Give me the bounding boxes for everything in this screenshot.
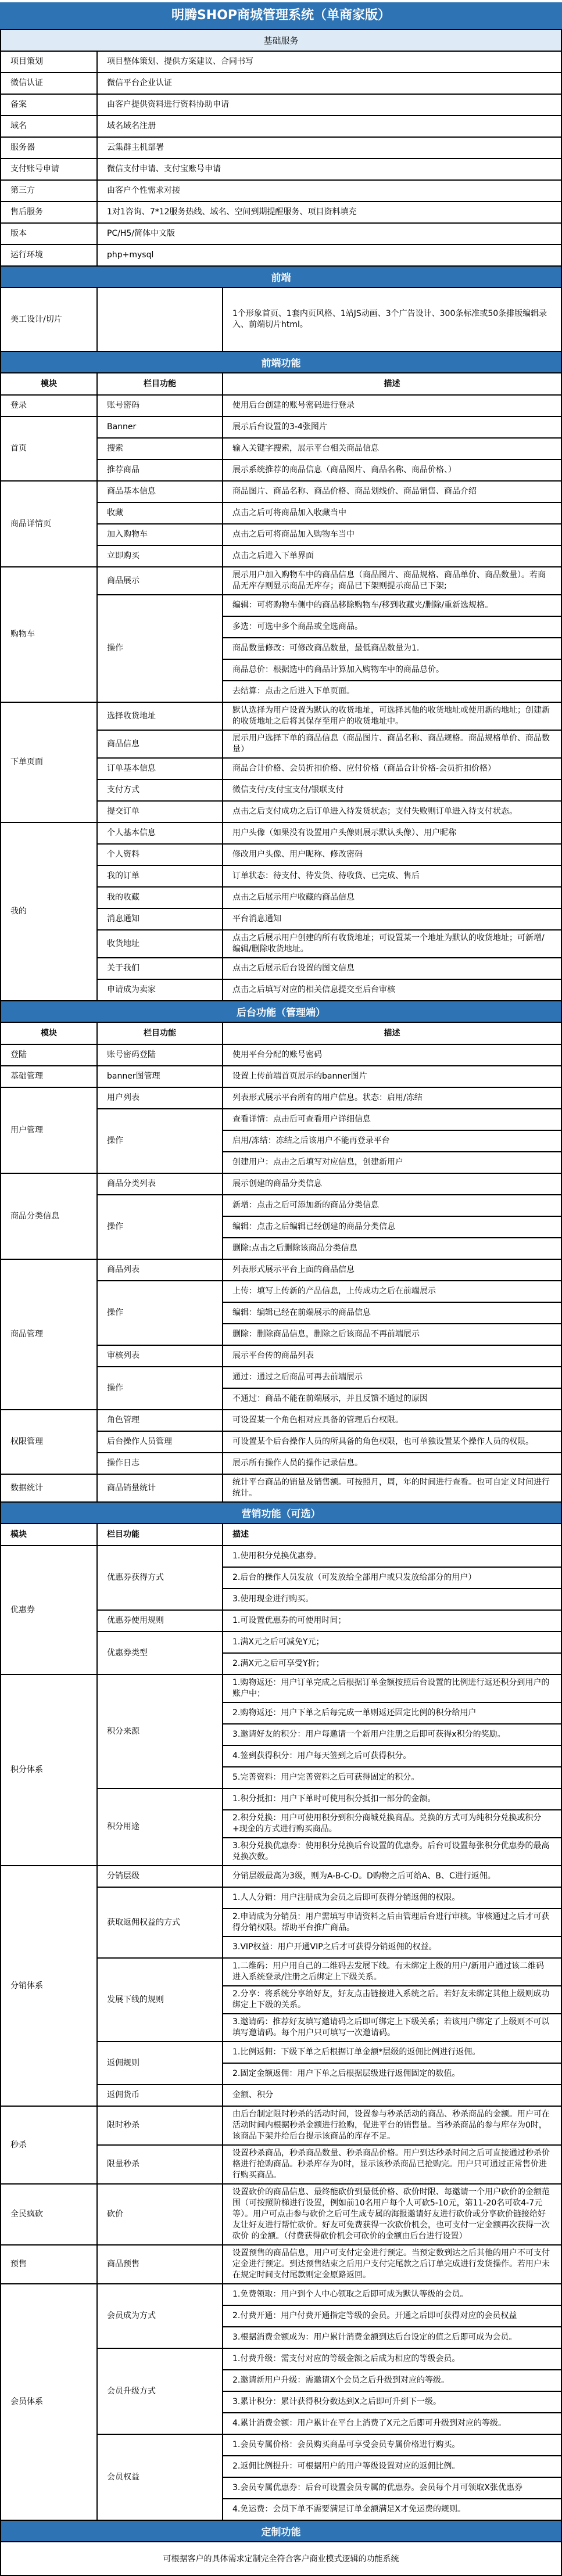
feature-cell: 订单基本信息 [97,758,223,779]
desc-cell: 1.比例返佣：下级下单之后根据订单金额*层级的返佣比例进行返佣。 [223,2042,561,2063]
backend-features-table: 模块栏目功能描述登陆账号密码登陆使用平台分配的账号密码基础管理banner图管理… [0,1022,562,1503]
desc-cell: 点击之后填写对应的相关信息提交至后台审核 [223,979,561,1001]
desc-cell: 1.二维码：用户用自己的二维码去发展下线。有未绑定上级的用户/新用户通过该二维码… [223,1958,561,1986]
desc-cell: 2.付费开通：用户付费开通指定等级的会员。开通之后即可获得对应的会员权益 [223,2305,561,2327]
table-row: 下单页面选择收货地址默认选择为用户设置为默认的收货地址，可选择其他的收货地址或使… [1,702,561,730]
feature-cell: 限时秒杀 [97,2106,223,2145]
desc-cell: 多选：可选中多个商品或全选商品。 [223,616,561,638]
table-row: 会员体系会员成为方式1.免费领取：用户到个人中心领取之后即可成为默认等级的会员。 [1,2284,561,2305]
desc-cell: 编辑：点击之后编辑已经创建的商品分类信息 [223,1216,561,1238]
module-cell: 全民疯砍 [1,2184,97,2245]
desc-cell: 输入关键字搜索，展示平台相关商品信息 [223,438,561,459]
desc-cell: 列表形式展示平台上面的商品信息 [223,1259,561,1281]
feature-cell: 分销层级 [97,1866,223,1887]
desc-cell: 3.使用现金进行购买。 [223,1589,561,1610]
table-row: 基础管理banner图管理设置上传前端首页展示的banner图片 [1,1066,561,1087]
desc-cell: 不通过：商品不能在前端展示，并且反馈不通过的原因 [223,1388,561,1410]
desc-cell: 设置预售的商品信息，用户可支付定金进行预定。当预定数到达之后其他的用户不可支付定… [223,2245,561,2284]
feature-cell: 商品分类列表 [97,1173,223,1195]
feature-cell: 申请成为卖家 [97,979,223,1001]
feature-cell: 个人基本信息 [97,822,223,844]
feature-cell: 优惠券使用规则 [97,1610,223,1632]
basic-value-cell: 1对1咨询、7*12服务热线、域名、空间到期提醒服务、项目资料填充 [97,202,561,223]
desc-cell: 启用/冻结：冻结之后该用户不能再登录平台 [223,1130,561,1152]
module-cell: 购物车 [1,567,97,702]
desc-cell: 去结算：点击之后进入下单页面。 [223,681,561,702]
table-row: 全民疯砍砍价设置砍价的商品信息、最终能砍价到最低价格、砍价时限、每邀请一个用户砍… [1,2184,561,2245]
module-cell: 会员体系 [1,2284,97,2520]
desc-cell: 列表形式展示平台所有的用户信息。状态：启用/冻结 [223,1087,561,1109]
module-cell: 基础管理 [1,1066,97,1087]
banner-custom-features: 定制功能 [0,2520,562,2542]
module-cell: 首页 [1,416,97,481]
desc-cell: 平台消息通知 [223,908,561,930]
basic-value-cell: 由客户提供资料进行资料协助申请 [97,94,561,116]
table-row: 微信认证微信平台企业认证 [1,73,561,94]
basic-label-cell: 支付账号申请 [1,159,97,180]
desc-cell: 展示所有操作人员的操作记录信息。 [223,1453,561,1474]
desc-cell: 2.满X元之后可享受Y折； [223,1653,561,1675]
section-basic-services: 基础服务 [0,29,562,52]
header-cell: 栏目功能 [97,1524,223,1546]
basic-services-table: 项目策划项目整体策划、提供方案建议、合同书写微信认证微信平台企业认证备案由客户提… [0,51,562,267]
table-row: 优惠券优惠券获得方式1.使用积分兑换优惠券。 [1,1546,561,1567]
table-header-row: 模块栏目功能描述 [1,373,561,395]
desc-cell: 商品总价：根据选中的商品计算加入购物车中的商品总价。 [223,659,561,681]
feature-cell: 我的收藏 [97,887,223,908]
header-cell: 描述 [223,1524,561,1546]
desc-cell: 3.VIP权益：用户开通VIP之后才可获得分销返佣的权益。 [223,1937,561,1958]
desc-cell: 通过：通过之后商品可再去前端展示 [223,1367,561,1388]
desc-cell: 统计平台商品的销量及销售额。可按照月，周，年的时间进行查看。也可自定义时间进行统… [223,1474,561,1502]
desc-cell: 3.邀请码：推荐好友填写邀请码之后即可绑定上下级关系；若该用户绑定了上级则不可以… [223,2014,561,2042]
module-cell: 美工设计/切片 [1,288,97,351]
desc-cell: 1.免费领取：用户到个人中心领取之后即可成为默认等级的会员。 [223,2284,561,2305]
feature-cell: 操作 [97,595,223,702]
desc-cell: 点击之后进入下单界面 [223,545,561,567]
module-cell: 分销体系 [1,1866,97,2106]
desc-cell: 查看详情：点击后可查看用户详细信息 [223,1109,561,1130]
feature-cell: 后台操作人员管理 [97,1431,223,1453]
desc-cell: 2.固定金额返佣：用户下单之后根据层级进行返佣固定的数值。 [223,2063,561,2085]
module-cell: 商品分类信息 [1,1173,97,1259]
desc-cell: 金额、积分 [223,2085,561,2106]
table-row: 登陆账号密码登陆使用平台分配的账号密码 [1,1044,561,1066]
table-row: 秒杀限时秒杀由后台制定限时秒杀的活动时间，设置参与秒杀活动的商品、秒杀商品的金额… [1,2106,561,2145]
table-row: 备案由客户提供资料进行资料协助申请 [1,94,561,116]
desc-cell: 上传：填写上传新的产品信息，上传成功之后在前端展示 [223,1281,561,1302]
banner-marketing-features: 营销功能（可选） [0,1501,562,1524]
banner-frontend-features: 前端功能 [0,351,562,373]
desc-cell: 展示用户加入购物车中的商品信息（商品图片、商品规格、商品单价、商品数量）。若商品… [223,567,561,595]
desc-cell: 点击之后支付成功之后订单进入待发货状态；支付失败则订单进入待支付状态。 [223,801,561,822]
feature-cell: 操作 [97,1195,223,1259]
desc-cell: 展示后台设置的3-4张图片 [223,416,561,438]
desc-cell: 设置砍价的商品信息、最终能砍价到最低价格、砍价时限、每邀请一个用户砍价的金额范围… [223,2184,561,2245]
desc-cell: 使用平台分配的账号密码 [223,1044,561,1066]
desc-cell: 微信支付/支付宝支付/银联支付 [223,779,561,801]
table-row: 商品详情页商品基本信息商品图片、商品名称、商品价格、商品划线价、商品销售、商品介… [1,481,561,502]
feature-cell: 优惠券获得方式 [97,1546,223,1610]
custom-features-note: 可根据客户的具体需求定制完全符合客户商业模式逻辑的功能系统 [0,2541,562,2576]
desc-cell: 新增：点击之后可添加新的商品分类信息 [223,1195,561,1216]
desc-cell: 2.分享：将系统分享给好友，好友点击链接进入系统之后。若好友未绑定其他上级则成功… [223,1986,561,2014]
desc-cell: 4.签到获得积分：用户每天签到之后可获得积分。 [223,1745,561,1767]
feature-cell: 商品列表 [97,1259,223,1281]
feature-cell: 操作 [97,1109,223,1173]
feature-cell: Banner [97,416,223,438]
desc-cell: 分销层级最高为3级，则为A-B-C-D。D购物之后可给A、B、C进行返佣。 [223,1866,561,1887]
desc-cell: 编辑：可将购物车侧中的商品移除购物车/移到收藏夹/删除/重新选规格。 [223,595,561,616]
feature-cell: 会员权益 [97,2434,223,2520]
basic-label-cell: 版本 [1,223,97,245]
basic-value-cell: PC/H5/简体中文版 [97,223,561,245]
module-cell: 积分体系 [1,1675,97,1866]
feature-cell: 搜索 [97,438,223,459]
marketing-features-table: 模块栏目功能描述优惠券优惠券获得方式1.使用积分兑换优惠券。2.后台的操作人员发… [0,1523,562,2521]
desc-cell: 展示创建的商品分类信息 [223,1173,561,1195]
table-row: 美工设计/切片1个形象首页、1套内页风格、1站JS动画、3个广告设计、300条标… [1,288,561,351]
feature-cell: 砍价 [97,2184,223,2245]
desc-cell: 3.根据消费金额成为：用户累计消费金额到达后台设定的值之后即可成为会员。 [223,2327,561,2348]
module-cell: 下单页面 [1,702,97,822]
desc-cell: 点击之后可将商品加入收藏当中 [223,502,561,524]
table-header-row: 模块栏目功能描述 [1,1022,561,1044]
feature-cell: 收藏 [97,502,223,524]
desc-cell: 商品合计价格、会员折扣价格、应付价格（商品合计价格-会员折扣价格） [223,758,561,779]
table-row: 售后服务1对1咨询、7*12服务热线、域名、空间到期提醒服务、项目资料填充 [1,202,561,223]
desc-cell: 设置上传前端首页展示的banner图片 [223,1066,561,1087]
table-row: 用户管理用户列表列表形式展示平台所有的用户信息。状态：启用/冻结 [1,1087,561,1109]
module-cell: 我的 [1,822,97,1001]
desc-cell: 1.可设置优惠券的可使用时间； [223,1610,561,1632]
header-cell: 栏目功能 [97,1022,223,1044]
table-row: 分销体系分销层级分销层级最高为3级，则为A-B-C-D。D购物之后可给A、B、C… [1,1866,561,1887]
desc-cell: 展示系统推荐的商品信息（商品图片、商品名称、商品价格、） [223,459,561,481]
feature-cell: 账号密码 [97,395,223,416]
desc-cell: 3.积分兑换优惠券：使用积分兑换后台设置的优惠券。后台可设置每张积分优惠券的最高… [223,1838,561,1866]
desc-cell: 1.使用积分兑换优惠券。 [223,1546,561,1567]
feature-cell: 个人资料 [97,844,223,865]
basic-value-cell: 域名域名注册 [97,116,561,137]
module-cell: 登陆 [1,1044,97,1066]
module-cell: 预售 [1,2245,97,2284]
table-row: 版本PC/H5/简体中文版 [1,223,561,245]
basic-label-cell: 第三方 [1,180,97,202]
desc-cell: 3.累计积分：累计获得积分数达到X之后即可升到下一级。 [223,2391,561,2413]
desc-cell: 展示用户选择下单的商品信息（商品图片、商品名称、商品规格。商品规格单价、商品数量… [223,730,561,758]
module-cell: 用户管理 [1,1087,97,1173]
table-row: 登录账号密码使用后台创建的账号密码进行登录 [1,395,561,416]
feature-cell: 关于我们 [97,958,223,979]
feature-cell: 操作 [97,1281,223,1345]
feature-cell: 用户列表 [97,1087,223,1109]
header-cell: 模块 [1,1524,97,1546]
module-cell: 数据统计 [1,1474,97,1502]
desc-cell: 3.邀请好友的积分：用户每邀请一个新用户注册之后即可获得x积分的奖励。 [223,1724,561,1745]
module-cell: 商品详情页 [1,481,97,567]
desc-cell: 默认选择为用户设置为默认的收货地址，可选择其他的收货地址或使用新的地址；创建新的… [223,702,561,730]
desc-cell: 1.积分抵扣：用户下单时可使用积分抵扣一部分的金额。 [223,1788,561,1810]
basic-label-cell: 售后服务 [1,202,97,223]
table-row: 项目策划项目整体策划、提供方案建议、合同书写 [1,51,561,73]
desc-cell: 点击之后展示用户收藏的商品信息 [223,887,561,908]
feature-cell: 优惠券类型 [97,1632,223,1675]
desc-cell: 2.申请成为分销员：用户需填写申请资料之后由管理后台进行审核。审核通过之后才可获… [223,1909,561,1937]
feature-cell: 推荐商品 [97,459,223,481]
desc-cell: 1.会员专属价格：会员购买商品可享受会员专属价格进行购买。 [223,2434,561,2456]
feature-cell: 消息通知 [97,908,223,930]
desc-cell: 5.完善资料：用户完善资料之后可获得固定的积分。 [223,1767,561,1788]
module-cell: 优惠券 [1,1546,97,1675]
feature-cell: 加入购物车 [97,524,223,545]
feature-cell: 获取返佣权益的方式 [97,1887,223,1958]
table-row: 首页Banner展示后台设置的3-4张图片 [1,416,561,438]
desc-cell: 4.免运费：会员下单不需要满足订单金额满足X才免运费的规则。 [223,2499,561,2520]
desc-cell: 编辑：编辑已经在前端展示的商品信息 [223,1302,561,1324]
feature-cell: 商品展示 [97,567,223,595]
desc-cell: 3.会员专属优惠券：后台可设置会员专属的优惠券。会员每个月可领取X张优惠券 [223,2477,561,2499]
basic-label-cell: 备案 [1,94,97,116]
basic-value-cell: 云集群主机部署 [97,137,561,159]
feature-cell: 积分用途 [97,1788,223,1866]
desc-cell: 删除:点击之后删除该商品分类信息 [223,1238,561,1259]
basic-value-cell: 由客户个性需求对接 [97,180,561,202]
feature-cell: banner图管理 [97,1066,223,1087]
feature-cell: 发展下线的规则 [97,1958,223,2042]
basic-value-cell: 项目整体策划、提供方案建议、合同书写 [97,51,561,73]
basic-label-cell: 微信认证 [1,73,97,94]
table-row: 预售商品预售设置预售的商品信息，用户可支付定金进行预定。当预定数到达之后其他的用… [1,2245,561,2284]
desc-cell: 删除：删除商品信息，删除之后该商品不再前端展示 [223,1324,561,1345]
table-row: 支付账号申请微信支付申请、支付宝账号申请 [1,159,561,180]
desc-cell: 1.满X元之后可减免Y元； [223,1632,561,1653]
desc-cell: 1.购物返还：用户订单完成之后根据订单金额按照后台设置的比例进行返还积分到用户的… [223,1675,561,1702]
feature-cell: 商品预售 [97,2245,223,2284]
table-row: 商品分类信息商品分类列表展示创建的商品分类信息 [1,1173,561,1195]
header-cell: 模块 [1,373,97,395]
basic-value-cell: 微信平台企业认证 [97,73,561,94]
desc-cell: 用户头像（如果没有设置用户头像则展示默认头像）、用户昵称 [223,822,561,844]
table-row: 商品管理商品列表列表形式展示平台上面的商品信息 [1,1259,561,1281]
feature-cell: 积分来源 [97,1675,223,1788]
desc-cell: 1.人人分销：用户注册成为会员之后即可获得分销返佣的权限。 [223,1887,561,1909]
desc-cell: 2.积分兑换：用户可使用积分到积分商城兑换商品。兑换的方式可为纯积分兑换或积分+… [223,1810,561,1838]
basic-label-cell: 服务器 [1,137,97,159]
desc-cell: 可设置某个后台操作人员的所具备的角色权限，也可单独设置某个操作人员的权限。 [223,1431,561,1453]
feature-cell: 角色管理 [97,1410,223,1431]
table-row: 积分体系积分来源1.购物返还：用户订单完成之后根据订单金额按照后台设置的比例进行… [1,1675,561,1702]
document-page: 明腾SHOP商城管理系统（单商家版） 基础服务 项目策划项目整体策划、提供方案建… [0,0,562,2576]
module-cell: 登录 [1,395,97,416]
desc-cell: 商品图片、商品名称、商品价格、商品划线价、商品销售、商品介绍 [223,481,561,502]
table-header-row: 模块栏目功能描述 [1,1524,561,1546]
desc-cell: 订单状态：待支付、待发货、待收货、已完成、售后 [223,865,561,887]
header-cell: 描述 [223,373,561,395]
desc-cell: 4.累计消费金额：用户累计在平台上消费了X元之后即可升级到对应的等级。 [223,2413,561,2434]
basic-label-cell: 运行环境 [1,245,97,266]
table-row: 运行环境php+mysql [1,245,561,266]
desc-cell: 点击之后展示用户创建的所有收货地址；可设置某一个地址为默认的收货地址；可新增/编… [223,930,561,958]
basic-value-cell: php+mysql [97,245,561,266]
desc-cell: 2.邀请新用户升级：需邀请X个会员之后升级到对应的等级。 [223,2370,561,2391]
table-row: 购物车商品展示展示用户加入购物车中的商品信息（商品图片、商品规格、商品单价、商品… [1,567,561,595]
banner-frontend: 前端 [0,265,562,288]
desc-cell: 展示平台传的商品列表 [223,1345,561,1367]
table-row: 我的个人基本信息用户头像（如果没有设置用户头像则展示默认头像）、用户昵称 [1,822,561,844]
desc-cell: 由后台制定限时秒杀的活动时间，设置参与秒杀活动的商品、秒杀商品的金额。用户可在活… [223,2106,561,2145]
table-row: 第三方由客户个性需求对接 [1,180,561,202]
desc-cell: 可设置某一个角色相对应具备的管理后台权限。 [223,1410,561,1431]
header-cell: 栏目功能 [97,373,223,395]
feature-cell: 提交订单 [97,801,223,822]
module-cell: 秒杀 [1,2106,97,2184]
desc-cell: 点击之后展示后台设置的图文信息 [223,958,561,979]
basic-value-cell: 微信支付申请、支付宝账号申请 [97,159,561,180]
feature-cell: 操作日志 [97,1453,223,1474]
feature-cell: 限量秒杀 [97,2145,223,2184]
page-title: 明腾SHOP商城管理系统（单商家版） [0,2,562,29]
feature-cell: 商品信息 [97,730,223,758]
table-row: 数据统计商品销量统计统计平台商品的销量及销售额。可按照月，周，年的时间进行查看。… [1,1474,561,1502]
desc-cell: 点击之后可将商品加入购物车当中 [223,524,561,545]
desc-cell: 2.购物返还：用户下单之后每完成一单则返还固定比例的积分给用户 [223,1702,561,1724]
empty-cell [97,288,223,351]
feature-cell: 立即购买 [97,545,223,567]
feature-cell: 选择收货地址 [97,702,223,730]
feature-cell: 商品销量统计 [97,1474,223,1502]
desc-cell: 创建用户：点击之后填写对应信息，创建新用户 [223,1152,561,1173]
feature-cell: 账号密码登陆 [97,1044,223,1066]
basic-label-cell: 项目策划 [1,51,97,73]
desc-cell: 设置秒杀商品，秒杀商品数量、秒杀商品价格。用户到达秒杀时间之后可直接通过秒杀价格… [223,2145,561,2184]
frontend-features-table: 模块栏目功能描述登录账号密码使用后台创建的账号密码进行登录首页Banner展示后… [0,372,562,1001]
feature-cell: 支付方式 [97,779,223,801]
module-cell: 权限管理 [1,1410,97,1474]
feature-cell: 商品基本信息 [97,481,223,502]
table-row: 权限管理角色管理可设置某一个角色相对应具备的管理后台权限。 [1,1410,561,1431]
feature-cell: 返佣货币 [97,2085,223,2106]
feature-cell: 会员成为方式 [97,2284,223,2348]
table-row: 服务器云集群主机部署 [1,137,561,159]
frontend-design-table: 美工设计/切片1个形象首页、1套内页风格、1站JS动画、3个广告设计、300条标… [0,287,562,352]
desc-cell: 2.后台的操作人员发放（可发放给全部用户或只发放给部分的用户） [223,1567,561,1589]
module-cell: 商品管理 [1,1259,97,1410]
feature-cell: 我的订单 [97,865,223,887]
feature-cell: 返佣规则 [97,2042,223,2085]
desc-cell: 1个形象首页、1套内页风格、1站JS动画、3个广告设计、300条标准或50条排版… [223,288,561,351]
desc-cell: 修改用户头像、用户昵称、修改密码 [223,844,561,865]
desc-cell: 使用后台创建的账号密码进行登录 [223,395,561,416]
desc-cell: 1.付费升级：需支付对应的等级金额之后成为相应的等级会员。 [223,2348,561,2370]
desc-cell: 商品数量修改：可修改商品数量，最低商品数量为1. [223,638,561,659]
feature-cell: 审核列表 [97,1345,223,1367]
header-cell: 描述 [223,1022,561,1044]
feature-cell: 会员升级方式 [97,2348,223,2434]
feature-cell: 收货地址 [97,930,223,958]
banner-backend-features: 后台功能（管理端） [0,1000,562,1023]
header-cell: 模块 [1,1022,97,1044]
feature-cell: 操作 [97,1367,223,1410]
desc-cell: 2.返佣比例提升：可根据用户的用户等级设置对应的返佣比例。 [223,2456,561,2477]
table-row: 域名域名域名注册 [1,116,561,137]
basic-label-cell: 域名 [1,116,97,137]
